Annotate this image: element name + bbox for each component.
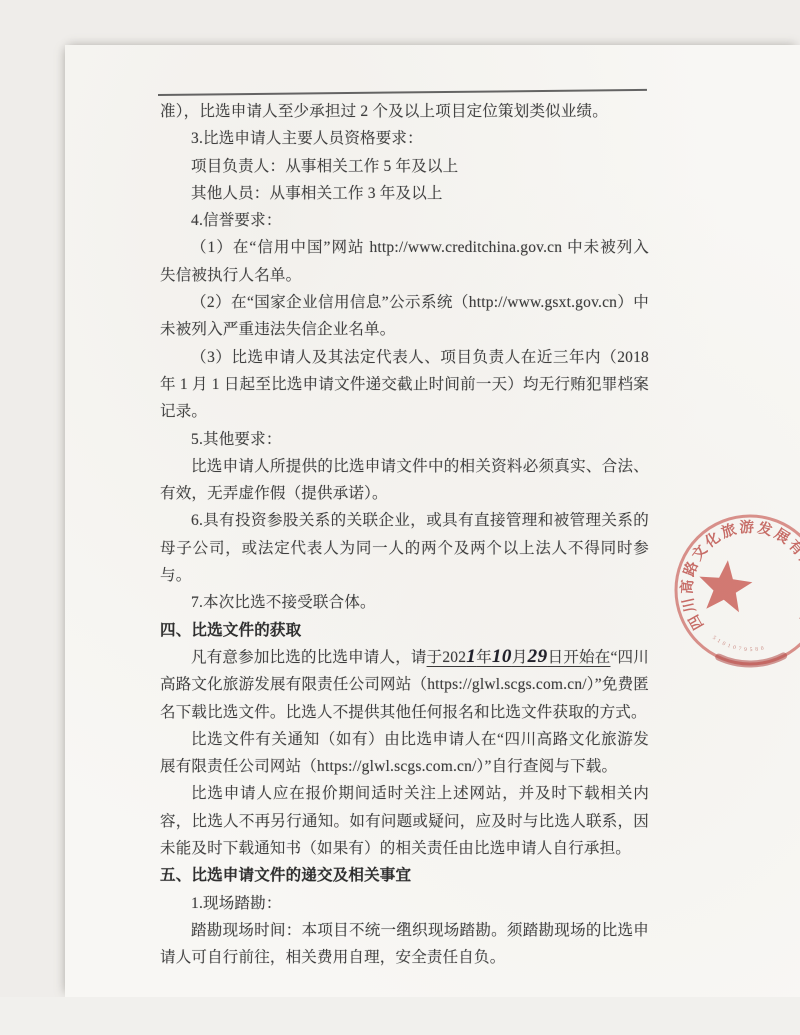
- page-body: 准），比选申请人至少承担过 2 个及以上项目定位策划类似业绩。3.比选申请人主要…: [160, 98, 649, 972]
- header-rule: [158, 89, 647, 96]
- section-heading: 四、比选文件的获取: [160, 617, 649, 644]
- company-seal: 四川高路文化旅游发展有限责任公司 5101079580: [640, 480, 800, 700]
- date-underline: 年: [476, 649, 492, 666]
- paragraph: 项目负责人：从事相关工作 5 年及以上: [160, 153, 649, 180]
- paragraph: 比选文件有关通知（如有）由比选申请人在“四川高路文化旅游发展有限责任公司网站（h…: [160, 726, 649, 781]
- scan-bottom-margin: [0, 997, 800, 1035]
- paragraph: 准），比选申请人至少承担过 2 个及以上项目定位策划类似业绩。: [160, 98, 649, 125]
- date-underline: 日开始在: [548, 649, 611, 666]
- seal-code: 5101079580: [711, 635, 767, 653]
- document-page: 准），比选申请人至少承担过 2 个及以上项目定位策划类似业绩。3.比选申请人主要…: [65, 45, 800, 997]
- paragraph: 凡有意参加比选的比选申请人，请于2021年10月29日开始在“四川高路文化旅游发…: [160, 644, 649, 726]
- scanned-document: { "page": { "number": "3" }, "colors": {…: [0, 0, 800, 1035]
- date-underline: 月: [512, 649, 528, 666]
- paragraph: 其他人员：从事相关工作 3 年及以上: [160, 180, 649, 207]
- handwritten-date-digit: 29: [528, 646, 548, 667]
- paragraph: 6.具有投资参股关系的关联企业，或具有直接管理和被管理关系的母子公司，或法定代表…: [160, 507, 649, 589]
- date-underline: 于202: [427, 649, 467, 666]
- paragraph: （2）在“国家企业信用信息”公示系统（http://www.gsxt.gov.c…: [160, 289, 649, 344]
- paragraph: 4.信誉要求：: [160, 207, 649, 234]
- paragraph: 1.现场踏勘：: [160, 890, 649, 917]
- paragraph: （3）比选申请人及其法定代表人、项目负责人在近三年内（2018 年 1 月 1 …: [160, 344, 649, 426]
- handwritten-date-digit: 1: [466, 646, 476, 667]
- section-heading: 五、比选申请文件的递交及相关事宜: [160, 862, 649, 889]
- paragraph: 比选申请人所提供的比选申请文件中的相关资料必须真实、合法、有效，无弄虚作假（提供…: [160, 453, 649, 508]
- paragraph: 7.本次比选不接受联合体。: [160, 589, 649, 616]
- paragraph: 5.其他要求：: [160, 426, 649, 453]
- handwritten-date-digit: 10: [492, 646, 512, 667]
- page-number: 3: [160, 919, 649, 935]
- paragraph-text: 凡有意参加比选的比选申请人，请: [191, 649, 427, 666]
- paragraph: （1）在“信用中国”网站 http://www.creditchina.gov.…: [160, 234, 649, 289]
- seal-company-name: 四川高路文化旅游发展有限责任公司: [640, 480, 800, 632]
- seal-ring-smudge: [719, 656, 784, 664]
- paragraph: 比选申请人应在报价期间适时关注上述网站，并及时下载相关内容，比选人不再另行通知。…: [160, 780, 649, 862]
- seal-star-icon: [699, 560, 752, 612]
- paragraph: 3.比选申请人主要人员资格要求：: [160, 125, 649, 152]
